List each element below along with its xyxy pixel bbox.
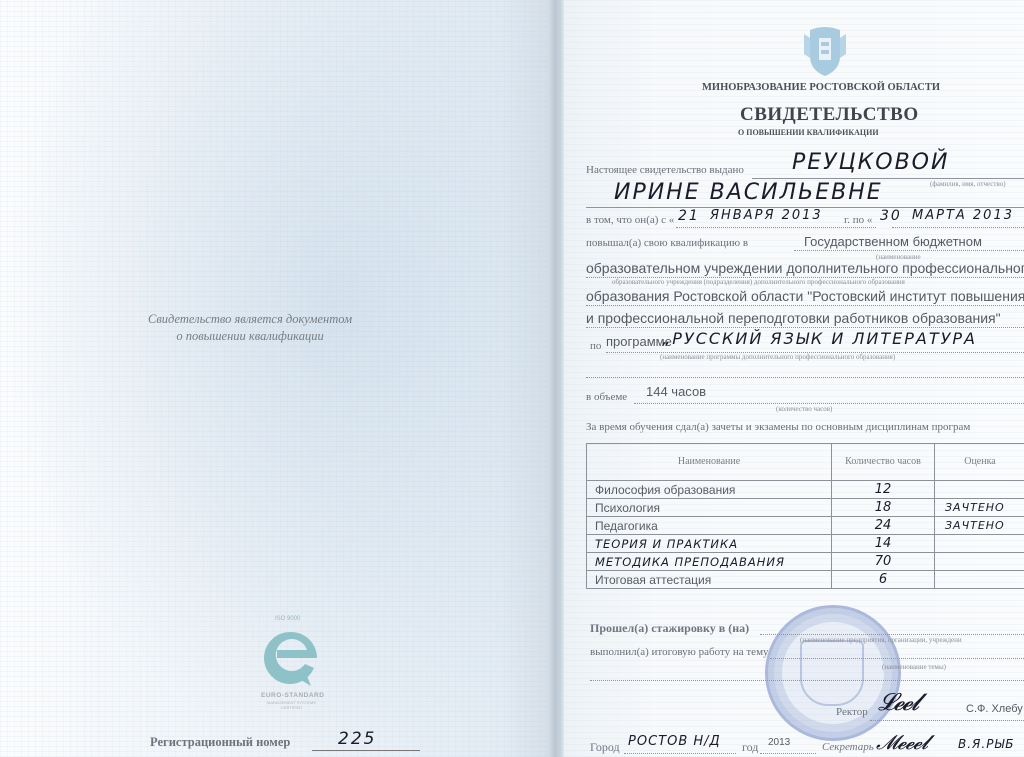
document-subtitle: О ПОВЫШЕНИИ КВАЛИФИКАЦИИ bbox=[738, 128, 879, 137]
city-value: РОСТОВ Н/Д bbox=[628, 734, 721, 749]
period-prefix: в том, что он(а) с « bbox=[586, 214, 674, 226]
exams-label: За время обучения сдал(а) зачеты и экзам… bbox=[586, 421, 970, 433]
institution-line-4: и профессиональной переподготовки работн… bbox=[586, 310, 1001, 326]
recipient-surname: РЕУЦКОВОЙ bbox=[792, 150, 949, 175]
logo-brand-text: EURO-STANDARD bbox=[261, 692, 324, 699]
discipline-hours: 12 bbox=[832, 481, 935, 499]
table-row: МЕТОДИКА ПРЕПОДАВАНИЯ 70 bbox=[587, 553, 1024, 571]
discipline-name: Психология bbox=[587, 499, 832, 517]
logo-sub2-text: CERTIFIED bbox=[281, 705, 302, 710]
table-row: Психология 18 ЗАЧТЕНО bbox=[587, 499, 1024, 517]
discipline-hours: 24 bbox=[832, 517, 935, 535]
program-hint: (наименование программы дополнительного … bbox=[660, 353, 895, 361]
coat-of-arms-icon bbox=[802, 24, 848, 78]
discipline-name: МЕТОДИКА ПРЕПОДАВАНИЯ bbox=[587, 553, 832, 571]
discipline-name: ТЕОРИЯ И ПРАКТИКА bbox=[587, 535, 832, 553]
table-header-row: Наименование Количество часов Оценка bbox=[587, 444, 1024, 481]
year-label: год bbox=[742, 740, 758, 755]
start-month-year: ЯНВАРЯ 2013 bbox=[710, 208, 823, 223]
issued-label: Настоящее свидетельство выдано bbox=[586, 164, 744, 176]
secretary-name: В.Я.РЫБ bbox=[958, 737, 1015, 751]
start-day: 21 bbox=[678, 208, 700, 224]
program-name: „РУССКИЙ ЯЗЫК И ЛИТЕРАТУРА bbox=[662, 329, 977, 348]
institution-line-3: образования Ростовской области "Ростовск… bbox=[586, 288, 1024, 304]
discipline-name: Итоговая аттестация bbox=[587, 571, 832, 589]
discipline-grade: ЗАЧТЕНО bbox=[935, 517, 1024, 535]
end-month-year: МАРТА 2013 bbox=[912, 208, 1014, 223]
internship-hint: (наименование предприятия, организации, … bbox=[800, 636, 962, 644]
certificate-note: Свидетельство является документом о повы… bbox=[148, 311, 352, 345]
volume-value: 144 часов bbox=[646, 384, 706, 399]
program-prefix: по bbox=[590, 340, 601, 352]
raised-label: повышал(а) свою квалификацию в bbox=[586, 237, 748, 249]
recipient-given-names: ИРИНЕ ВАСИЛЬЕВНЕ bbox=[614, 180, 883, 205]
note-line-2: о повышении квалификации bbox=[148, 328, 352, 345]
discipline-grade bbox=[935, 481, 1024, 499]
name-hint: (фамилия, имя, отчество) bbox=[930, 180, 1006, 188]
table-row: Педагогика 24 ЗАЧТЕНО bbox=[587, 517, 1024, 535]
registration-label: Регистрационный номер bbox=[150, 735, 290, 750]
institution-line-1: Государственном бюджетном bbox=[804, 234, 982, 249]
discipline-name: Педагогика bbox=[587, 517, 832, 535]
period-mid: г. по « bbox=[844, 214, 872, 226]
rector-signature: 𝓛𝓮𝓮𝓵 bbox=[878, 688, 918, 716]
discipline-hours: 18 bbox=[832, 499, 935, 517]
institution-hint-2: образовательного учреждения (подразделен… bbox=[612, 278, 905, 286]
table-row: Философия образования 12 bbox=[587, 481, 1024, 499]
discipline-name: Философия образования bbox=[587, 481, 832, 499]
secretary-label: Секретарь bbox=[822, 741, 874, 753]
table-row: Итоговая аттестация 6 bbox=[587, 571, 1024, 589]
volume-label: в объеме bbox=[586, 391, 627, 403]
institution-line-2: образовательном учреждении дополнительно… bbox=[586, 260, 1024, 276]
logo-iso-text: ISO 9000 bbox=[275, 616, 300, 622]
header-grade: Оценка bbox=[935, 444, 1024, 481]
discipline-hours: 6 bbox=[832, 571, 935, 589]
secretary-signature: 𝓜𝓮𝓮𝓮𝓵 bbox=[876, 730, 928, 754]
discipline-hours: 14 bbox=[832, 535, 935, 553]
note-line-1: Свидетельство является документом bbox=[148, 311, 352, 328]
document-title: СВИДЕТЕЛЬСТВО bbox=[740, 104, 919, 126]
rector-name: С.Ф. Хлебу bbox=[966, 703, 1023, 715]
ministry-name: МИНОБРАЗОВАНИЕ РОСТОВСКОЙ ОБЛАСТИ bbox=[702, 82, 940, 93]
disciplines-table: Наименование Количество часов Оценка Фил… bbox=[586, 443, 1024, 589]
final-work-hint: (наименование темы) bbox=[882, 663, 946, 671]
volume-hint: (количество часов) bbox=[776, 405, 832, 413]
registration-line bbox=[312, 750, 420, 751]
registration-number: 225 bbox=[338, 729, 376, 749]
header-hours: Количество часов bbox=[832, 444, 935, 481]
discipline-grade bbox=[935, 535, 1024, 553]
rector-label: Ректор bbox=[836, 706, 868, 718]
header-name: Наименование bbox=[587, 444, 832, 481]
discipline-grade bbox=[935, 553, 1024, 571]
euro-standard-e-logo-icon: ISO 9000 EURO-STANDARD MANAGEMENT SYSTEM… bbox=[255, 610, 325, 710]
discipline-hours: 70 bbox=[832, 553, 935, 571]
final-work-label: выполнил(а) итоговую работу на тему bbox=[590, 646, 769, 658]
end-day: 30 bbox=[880, 208, 902, 224]
internship-label: Прошел(а) стажировку в (на) bbox=[590, 621, 749, 636]
table-row: ТЕОРИЯ И ПРАКТИКА 14 bbox=[587, 535, 1024, 553]
discipline-grade bbox=[935, 571, 1024, 589]
discipline-grade: ЗАЧТЕНО bbox=[935, 499, 1024, 517]
seal-emblem-icon bbox=[800, 640, 864, 706]
city-label: Город bbox=[590, 740, 620, 755]
year-value: 2013 bbox=[768, 737, 790, 748]
